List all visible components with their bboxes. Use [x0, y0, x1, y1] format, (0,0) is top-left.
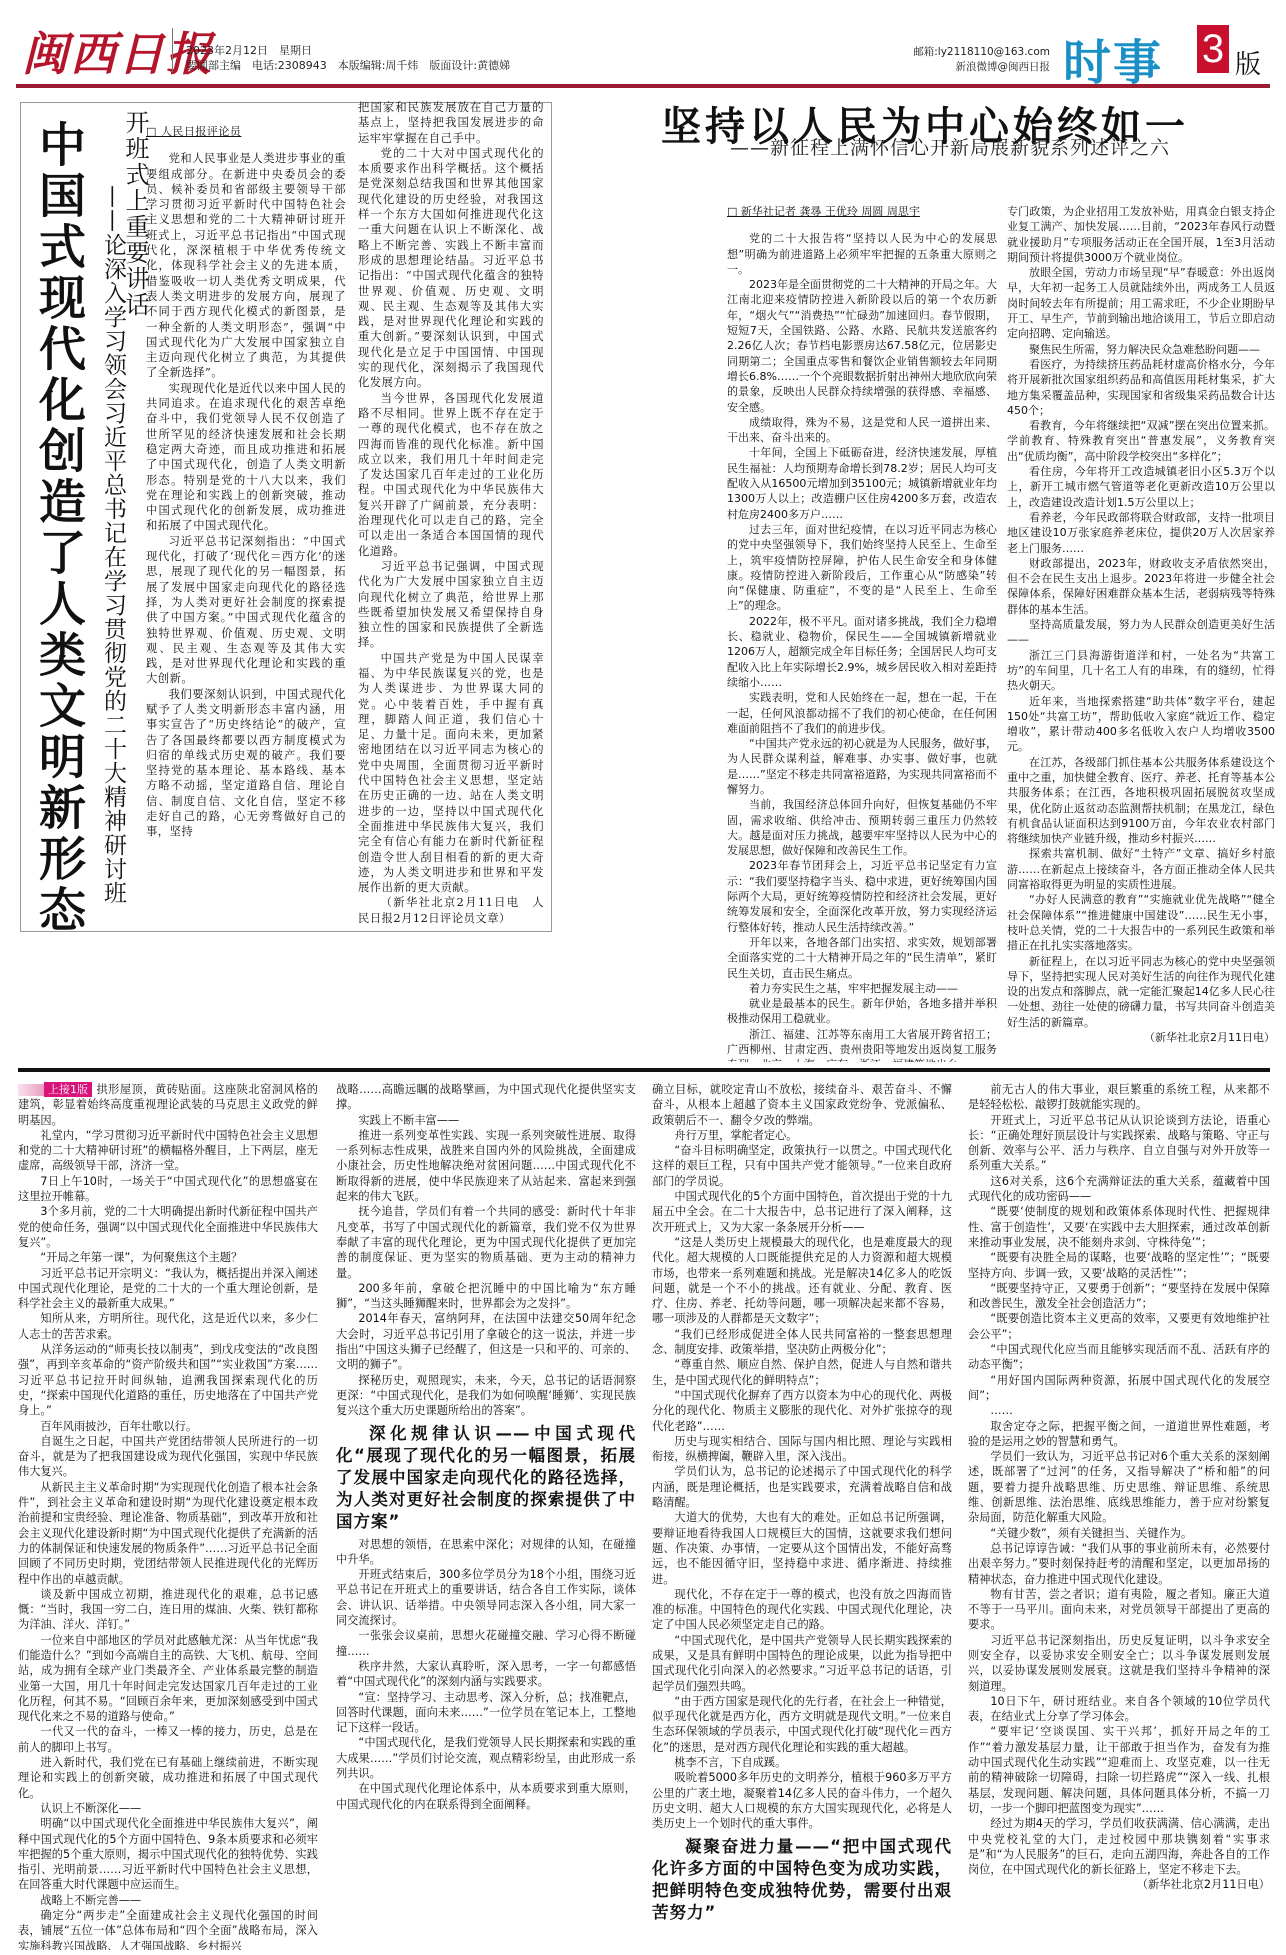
paragraph: 十年间，全国上下砥砺奋进，经济快速发展，厚植民生福祉：人均预期寿命增长到78.2… — [727, 445, 997, 521]
paragraph: “宣：坚持学习、主动思考、深入分析，总；找准靶点，回答时代课题，面向未来……”一… — [336, 1690, 636, 1736]
paragraph: 看住房，今年将开工改造城镇老旧小区5.3万个以上，新开工城市燃气管道等老化更新改… — [1007, 464, 1275, 510]
paragraph: 一张张会议桌前，思想火花碰撞交融、学习心得不断碰撞…… — [336, 1628, 636, 1659]
paragraph: 习近平总书记强调，中国式现代化为广大发展中国家独立自主迈向现代化树立了典范，给世… — [358, 559, 544, 651]
feature-dateline: （新华社北京2月11日电） — [1007, 1030, 1275, 1045]
paragraph: 舟行万里，掌舵者定心。 — [652, 1128, 952, 1143]
continued-column-1: 上接1版拱形屋顶，黄砖贴面。这座陕北窑洞风格的建筑，彰显着始终高度重视理论武装的… — [18, 1082, 318, 1950]
paragraph: 开班式结束后，300多位学员分为18个小组，围绕习近平总书记在开班式上的重要讲话… — [336, 1567, 636, 1628]
paragraph: 党和人民事业是人类进步事业的重要组成部分。在新进中央委员会的委员、候补委员和省部… — [146, 151, 346, 380]
paragraph: 中国式现代化的5个方面中国特色，首次提出于党的十九届五中全会。在二十大报告中，总… — [652, 1189, 952, 1235]
paragraph: 过去三年，面对世纪疫情，在以习近平同志为核心的党中央坚强领导下，我们始终坚持人民… — [727, 522, 997, 614]
paragraph: 实践表明，党和人民始终在一起，想在一起，干在一起，任何风浪都动摇不了我们的初心使… — [727, 690, 997, 736]
paragraph: 当今世界，各国现代化发展道路不尽相同。世界上既不存在定于一尊的现代化模式，也不存… — [358, 391, 544, 559]
paragraph: “中国式现代化，是中国共产党领导人民长期实践探索的成果，又是具有鲜明中国特色的理… — [652, 1633, 952, 1694]
paragraph: 看教育，今年将继续把“双减”摆在突出位置来抓。学前教育、特殊教育突出“普惠发展”… — [1007, 418, 1275, 464]
paragraph: 当前，我国经济总体回升向好，但恢复基础仍不牢固，需求收缩、供给冲击、预期转弱三重… — [727, 797, 997, 858]
masthead-divider — [172, 28, 173, 72]
paragraph: 放眼全国，劳动力市场呈现“早”春暖意：外出返岗早，大年初一起务工人员就陆续外出，… — [1007, 265, 1275, 341]
paragraph: “中国共产党永远的初心就是为人民服务，做好事，为人民群众谋利益，解难事、办实事、… — [727, 736, 997, 797]
paragraph: …… — [968, 1403, 1270, 1418]
commentary-title: 中国式现代化创造了人类文明新形态 — [28, 120, 88, 936]
paragraph: 近年来，当地探索搭建“助共体”数字平台，建起150处“共富工坊”，帮助低收入家庭… — [1007, 694, 1275, 755]
paragraph: 对思想的领悟，在思索中深化；对规律的认知，在碰撞中升华。 — [336, 1537, 636, 1568]
paragraph: 开班式上，习近平总书记从认识论谈到方法论，语重心长：“正确处理好顶层设计与实践探… — [968, 1113, 1270, 1174]
masthead-meta: 2023年2月12日 星期日 要闻部主编 电话:2308943 本版编辑:周千炜… — [186, 43, 510, 73]
contact-weibo: 新浪微博@闽西日报 — [850, 60, 1050, 75]
paragraph: 3个多月前，党的二十大明确提出新时代新征程中国共产党的使命任务，强调“以中国式现… — [18, 1204, 318, 1250]
masthead-rule — [16, 84, 1270, 88]
section-name: 时事 — [1063, 24, 1163, 93]
commentary-column-1: □ 人民日报评论员 党和人民事业是人类进步事业的重要组成部分。在新进中央委员会的… — [146, 124, 346, 924]
paragraph: “由于西方国家是现代化的先行者，在社会上一种错觉，似乎现代化就是西方化，西方文明… — [652, 1694, 952, 1755]
paragraph: 学员们一致认为，习近平总书记对6个重大关系的深刻阐述，既部署了“过河”的任务，又… — [968, 1449, 1270, 1525]
paragraph: 谈及新中国成立初期，推进现代化的艰难，总书记感慨：“当时，我国一穷二白，连日用的… — [18, 1587, 318, 1633]
feature-byline: □ 新华社记者 龚㝷 王优玲 周圆 周思宇 — [727, 204, 997, 219]
paragraph: 习近平总书记开宗明义：“我认为，概括提出并深入阐述中国式现代化理论，是党的二十大… — [18, 1266, 318, 1312]
paragraph: 桃李不言，下自成蹊。 — [652, 1755, 952, 1770]
paragraph: “中国式现代化，是我们党领导人民长期探索和实践的重大成果……”学员们讨论交流，观… — [336, 1735, 636, 1781]
contact-email: 邮箱:ly2118110@163.com — [850, 45, 1050, 60]
page-number-badge: 3 — [1197, 25, 1229, 73]
paragraph: 200多年前，拿破仑把沉睡中的中国比喻为“东方睡狮”，“当这头睡狮醒来时，世界都… — [336, 1281, 636, 1312]
paragraph: 探秘历史，观照现实，未来，今天，总书记的话语洞察更深：“中国式现代化，是我们为如… — [336, 1373, 636, 1419]
paragraph: 2022年，极不平凡。面对诸多挑战，我们全力稳增长、稳就业、稳物价，保民生——全… — [727, 614, 997, 690]
paragraph: 我们要深刻认识到，中国式现代化赋予了人类文明新形态丰富内涵，用事实宣告了“历史终… — [146, 687, 346, 840]
paragraph: 从新民主主义革命时期“为实现现代化创造了根本社会条件”，到社会主义革命和建设时期… — [18, 1480, 318, 1587]
continued-from-page-1-badge[interactable]: 上接1版 — [44, 1082, 92, 1097]
paragraph: 秩序井然，大家认真聆听，深入思考，一字一句都感悟着“中国式现代化”的深刻内涵与实… — [336, 1659, 636, 1690]
paragraph: 中国共产党是为中国人民谋幸福、为中华民族谋复兴的党，也是为人类谋进步、为世界谋大… — [358, 651, 544, 896]
paragraph: 学员们认为，总书记的论述揭示了中国式现代化的科学内涵，既是理论概括，也是实践要求… — [652, 1464, 952, 1510]
paragraph: “尊重自然、顺应自然、保护自然，促进人与自然和谐共生，是中国式现代化的鲜明特点”… — [652, 1357, 952, 1388]
paragraph: “中国式现代化摒弃了西方以资本为中心的现代化、两极分化的现代化、物质主义膨胀的现… — [652, 1388, 952, 1434]
paragraph: “要牢记‘空谈误国、实干兴邦’，抓好开局之年的工作”“着力激发基层力量，让干部敢… — [968, 1724, 1270, 1816]
paragraph: 历史与现实相结合、国际与国内相比照、理论与实践相衔接，纵横捭阖，鞭辟入里，深入浅… — [652, 1434, 952, 1465]
feature-column-2: 专门政策，为企业招用工发放补贴，用真金白银支持企业复工满产、加快发展……目前，“… — [1007, 204, 1275, 1062]
paragraph: 习近平总书记深刻指出，历史反复证明，以斗争求安全则安全存，以妥协求安全则安全亡；… — [968, 1633, 1270, 1694]
paragraph: “办好人民满意的教育”“实施就业优先战略”“健全社会保障体系”“推进健康中国建设… — [1007, 892, 1275, 953]
paragraph: 看医疗，为持续挤压药品耗材虚高价格水分，今年将开展新批次国家组织药品和高值医用耗… — [1007, 357, 1275, 418]
paragraph: 战略……高瞻远瞩的战略擘画，为中国式现代化提供坚实支撑。 — [336, 1082, 636, 1113]
paragraph: 确立目标，就咬定青山不放松，接续奋斗、艰苦奋斗、不懈奋斗，从根本上超越了资本主义… — [652, 1082, 952, 1128]
continued-column-2: 战略……高瞻远瞩的战略擘画，为中国式现代化提供坚实支撑。 实践上不断丰富—— 推… — [336, 1082, 636, 1950]
paragraph: 知所从来，方明所往。现代化，这是近代以来，多少仁人志士的苦苦求索。 — [18, 1311, 318, 1342]
paragraph: 着力夯实民生之基，牢牢把握发展主动—— — [727, 981, 997, 996]
masthead: 闽西日报 2023年2月12日 星期日 要闻部主编 电话:2308943 本版编… — [0, 0, 1286, 88]
paragraph: 2014年春天，富纳阿拜，在法国中法建交50周年纪念大会时，习近平总书记引用了拿… — [336, 1311, 636, 1372]
paragraph: 大道大的优势，大也有大的难处。正如总书记所强调，要辩证地看待我国人口规模巨大的国… — [652, 1510, 952, 1586]
commentary-dateline: （新华社北京2月11日电 人民日报2月12日评论员文章） — [358, 895, 544, 926]
paragraph: 看养老，今年民政部将联合财政部，支持一批项目地区建设10万张家庭养老床位，提供2… — [1007, 510, 1275, 556]
staff-credits: 要闻部主编 电话:2308943 本版编辑:周千炜 版面设计:黄德娣 — [186, 58, 510, 73]
paragraph: 物有甘苦，尝之者识；道有夷险，履之者知。廉正大道不等于一马平川。面向未来，对党员… — [968, 1587, 1270, 1633]
section-divider — [18, 1068, 1270, 1072]
commentary-subtitle-2: ——论深入学习领会习近平总书记在学习贯彻党的二十大精神研讨班 — [100, 185, 126, 905]
paragraph: “我们已经形成促进全体人民共同富裕的一整套思想理念、制度安排、政策举措，坚决防止… — [652, 1327, 952, 1358]
paragraph: 坚持高质量发展，努力为人民群众创造更美好生活—— — [1007, 617, 1275, 648]
paragraph: 从洋务运动的“师夷长技以制夷”，到戊戌变法的“改良图强”，再到辛亥革命的“资产阶… — [18, 1342, 318, 1418]
section-lead: 认识上不断深化—— — [18, 1801, 318, 1816]
paragraph: “既要创造比资本主义更高的效率，又要更有效地维护社会公平”； — [968, 1311, 1270, 1342]
masthead-contact: 邮箱:ly2118110@163.com 新浪微博@闽西日报 — [850, 45, 1050, 75]
paragraph: “中国式现代化应当而且能够实现活而不乱、活跃有序的动态平衡”； — [968, 1342, 1270, 1373]
paragraph: 2023年春节团拜会上，习近平总书记坚定有力宣示：“我们要坚持稳字当头、稳中求进… — [727, 858, 997, 934]
paragraph: 一代又一代的奋斗，一棒又一棒的接力，历史，总是在前人的脚印上书写。 — [18, 1724, 318, 1755]
paragraph: 10日下午，研讨班结业。来自各个领域的10位学员代表，在结业式上分享了学习体会。 — [968, 1694, 1270, 1725]
paragraph: “既要有决胜全局的谋略，也要‘战略的坚定性’”；“既要坚持方向、步调一致，又要‘… — [968, 1250, 1270, 1281]
section-lead: 战略上不断完善—— — [18, 1893, 318, 1908]
paragraph: 现代化，不存在定于一尊的模式，也没有放之四海而皆准的标准。中国特色的现代化实践、… — [652, 1587, 952, 1633]
paragraph: 探索共富机制、做好“土特产”文章、搞好乡村旅游……在新起点上接续奋斗，各方面正推… — [1007, 846, 1275, 892]
commentary-column-2: 把国家和民族发展放在自己力量的基点上，坚持把我国发展进步的命运牢牢掌握在自己手中… — [358, 100, 544, 926]
paragraph: “关键少数”，须有关键担当、关键作为。 — [968, 1526, 1270, 1541]
commentary-byline: □ 人民日报评论员 — [146, 124, 346, 139]
paragraph: 实现现代化是近代以来中国人民的共同追求。在追求现代化的艰苦卓绝奋斗中，我们党领导… — [146, 381, 346, 534]
paragraph: 总书记谆谆告诫：“我们从事的事业前所未有，必然要付出艰辛努力。”要时刻保持赶考的… — [968, 1541, 1270, 1587]
paragraph: “这是人类历史上规模最大的现代化，也是难度最大的现代化。超大规模的人口既能提供充… — [652, 1235, 952, 1327]
paragraph: 新征程上，在以习近平同志为核心的党中央坚强领导下，坚持把实现人民对美好生活的向往… — [1007, 954, 1275, 1030]
continued-column-3: 确立目标，就咬定青山不放松，接续奋斗、艰苦奋斗、不懈奋斗，从根本上超越了资本主义… — [652, 1082, 952, 1950]
paragraph: 专门政策，为企业招用工发放补贴，用真金白银支持企业复工满产、加快发展……目前，“… — [1007, 204, 1275, 265]
paragraph: 财政部提出，2023年，财政收支矛盾依然突出，但不会在民生支出上退步。2023年… — [1007, 556, 1275, 617]
paragraph: 进入新时代，我们党在已有基础上继续前进，不断实现理论和实践上的创新突破，成功推进… — [18, 1755, 318, 1801]
paragraph: 吸吮着5000多年历史的文明养分，植根于960多万平方公里的广袤土地，凝聚着14… — [652, 1770, 952, 1831]
paragraph: 确定分“两步走”全面建成社会主义现代化强国的时间表，铺展“五位一体”总体布局和“… — [18, 1908, 318, 1950]
paragraph: 7日上午10时，一场关于“中国式现代化”的思想盛宴在这里拉开帷幕。 — [18, 1174, 318, 1205]
paragraph: 就业是最基本的民生。新年伊始，各地多措并举积极推动保用工稳就业。 — [727, 996, 997, 1027]
paragraph: “开局之年第一课”，为何聚焦这个主题？ — [18, 1250, 318, 1265]
feature-column-1: □ 新华社记者 龚㝷 王优玲 周圆 周思宇 党的二十大报告将“坚持以人民为中心的… — [727, 204, 997, 1062]
paragraph: 把国家和民族发展放在自己力量的基点上，坚持把我国发展进步的命运牢牢掌握在自己手中… — [358, 100, 544, 146]
paragraph: 党的二十大对中国式现代化的本质要求作出科学概括。这个概括是党深刻总结我国和世界其… — [358, 146, 544, 391]
paragraph: 聚焦民生所需，努力解决民众急难愁盼问题—— — [1007, 342, 1275, 357]
paragraph: 成绩取得，殊为不易，这是党和人民一道拼出来、干出来、奋斗出来的。 — [727, 415, 997, 446]
continued-column-4: 前无古人的伟大事业，艰巨繁重的系统工程，从来都不是轻轻松松、敲锣打鼓就能实现的。… — [968, 1082, 1270, 1950]
paragraph: 百年风雨披沙，百年壮歌以行。 — [18, 1419, 318, 1434]
paragraph: “用好国内国际两种资源，拓展中国式现代化的发展空间”； — [968, 1373, 1270, 1404]
paragraph: 明确“以中国式现代化全面推进中华民族伟大复兴”，阐释中国式现代化的5个方面中国特… — [18, 1816, 318, 1892]
continued-badge-fade — [18, 1084, 44, 1096]
paragraph: 开年以来，各地各部门出实招、求实效，规划部署全面落实党的二十大精神开局之年的“民… — [727, 935, 997, 981]
paragraph: “既要‘使制度的规划和政策体系体现时代性、把握规律性、富于创造性’，又要‘在实践… — [968, 1204, 1270, 1250]
paragraph: 自诞生之日起，中国共产党团结带领人民所进行的一切奋斗，就是为了把我国建设成为现代… — [18, 1434, 318, 1480]
paragraph: 在中国式现代化理论体系中，从本质要求到重大原则，中国式现代化的内在联系得到全面阐… — [336, 1781, 636, 1812]
section-lead: 实践上不断丰富—— — [336, 1113, 636, 1128]
page-suffix: 版 — [1235, 44, 1261, 81]
paragraph: 推进一系列变革性实践、实现一系列突破性进展、取得一系列标志性成果，战胜来自国内外… — [336, 1128, 636, 1204]
paragraph: “既要坚持守正，又要勇于创新”；“要坚持在发展中保障和改善民生，激发全社会创造活… — [968, 1281, 1270, 1312]
paragraph: 前无古人的伟大事业，艰巨繁重的系统工程，从来都不是轻轻松松、敲锣打鼓就能实现的。 — [968, 1082, 1270, 1113]
paragraph: 礼堂内，“学习贯彻习近平新时代中国特色社会主义思想和党的二十大精神研讨班”的横幅… — [18, 1128, 318, 1174]
paragraph: 经过为期4天的学习，学员们收获满满、信心满满，走出中央党校礼堂的大门，走过校园中… — [968, 1816, 1270, 1877]
feature-subheadline: ——新征程上满怀信心开新局展新貌系列述评之六 — [640, 133, 1260, 160]
paragraph: 浙江、福建、江苏等东南用工大省展开跨省招工；广西柳州、甘肃定西、贵州贵阳等地发出… — [727, 1027, 997, 1062]
paragraph: 习近平总书记深刻指出：“中国式现代化，打破了‘现代化＝西方化’的迷思，展现了现代… — [146, 534, 346, 687]
section-subhead-2: 凝聚奋进力量——“把中国式现代化许多方面的中国特色变为成功实践，把鲜明特色变成独… — [652, 1836, 952, 1924]
lead-paragraph: 上接1版拱形屋顶，黄砖贴面。这座陕北窑洞风格的建筑，彰显着始终高度重视理论武装的… — [18, 1082, 318, 1128]
paragraph: 2023年是全面贯彻党的二十大精神的开局之年。大江南北迎来疫情防控进入新阶段以后… — [727, 277, 997, 415]
paragraph: 党的二十大报告将“坚持以人民为中心的发展思想”明确为前进道路上必须牢牢把握的五条… — [727, 231, 997, 277]
section-subhead-1: 深化规律认识——中国式现代化“展现了现代化的另一幅图景，拓展了发展中国家走向现代… — [336, 1423, 636, 1533]
continued-dateline: （新华社北京2月11日电） — [968, 1877, 1270, 1892]
paragraph: 抚今追昔，学员们有着一个共同的感受：新时代十年非凡变革，书写了中国式现代化的新篇… — [336, 1204, 636, 1280]
paragraph: 在江苏，各级部门抓住基本公共服务体系建设这个重中之重，加快健全教育、医疗、养老、… — [1007, 755, 1275, 847]
paragraph: 一位来自中部地区的学员对此感触尤深：从当年忧虑“我们能造什么？”到如今高端自主的… — [18, 1633, 318, 1725]
issue-date: 2023年2月12日 星期日 — [186, 43, 510, 58]
paragraph: 这6对关系，这6个充满辩证法的重大关系，蕴藏着中国式现代化的成功密码—— — [968, 1174, 1270, 1205]
paragraph: “奋斗目标明确坚定，政策执行一以贯之。中国式现代化这样的艰巨工程，只有中国共产党… — [652, 1143, 952, 1189]
paragraph: 浙江三门县海游街道洋和村，一处名为“共富工坊”的车间里，几十名工人有的串珠，有的… — [1007, 648, 1275, 694]
paragraph: 取舍定夺之际，把握平衡之间，一道道世界性难题，考验的是运用之妙的智慧和勇气。 — [968, 1419, 1270, 1450]
